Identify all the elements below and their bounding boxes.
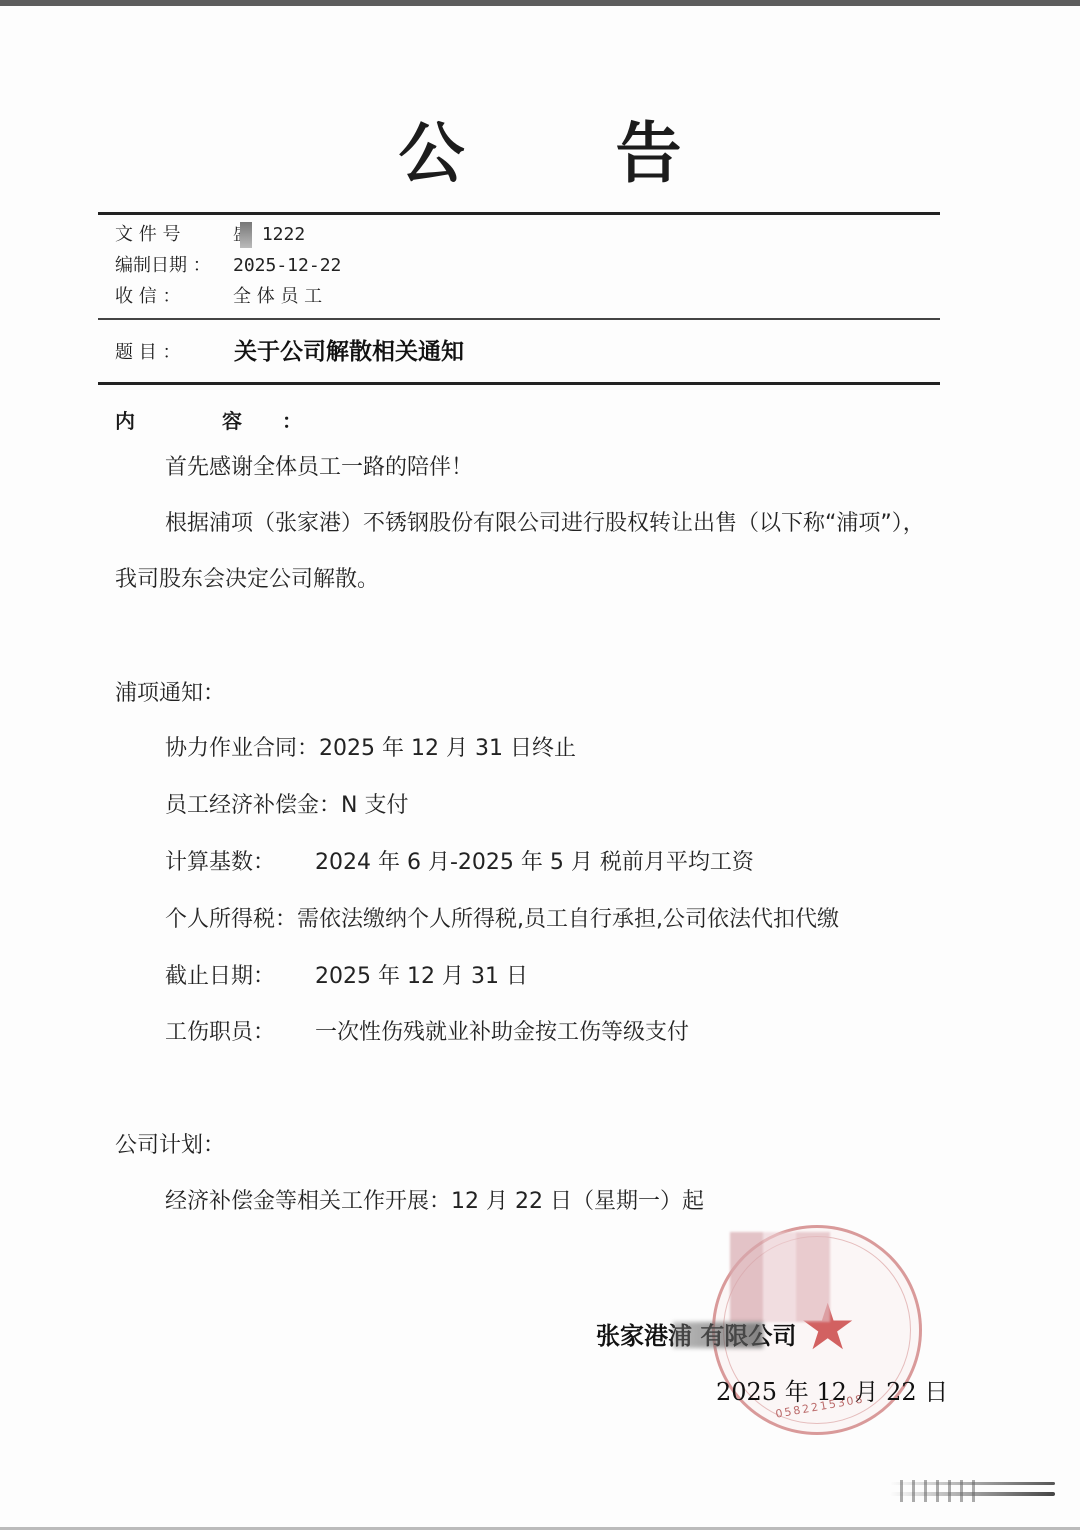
doc-number-label: 文 件 号 <box>115 220 233 246</box>
notice-item-label: 截止日期： <box>165 959 315 990</box>
notice-item-injury: 工伤职员：一次性伤残就业补助金按工伤等级支付 <box>165 1015 689 1046</box>
subject-value: 关于公司解散相关通知 <box>234 333 464 366</box>
notice-item-value: 2025 年 12 月 31 日 <box>315 964 528 989</box>
notice-item-value: 需依法缴纳个人所得税,员工自行承担,公司依法代扣代缴 <box>297 907 839 932</box>
paragraph-thanks: 首先感谢全体员工一路的陪伴！ <box>165 450 473 481</box>
notice-item-value: 一次性伤残就业补助金按工伤等级支付 <box>315 1020 689 1045</box>
subject-label: 题 目 ： <box>115 338 233 364</box>
notice-item-value: 2025 年 12 月 31 日终止 <box>319 736 576 761</box>
notice-item-label: 计算基数： <box>165 845 315 876</box>
notice-item-compensation: 员工经济补偿金：N 支付 <box>165 788 408 819</box>
content-label: 内 容： <box>115 405 342 434</box>
date-value: 2025-12-22 <box>233 255 341 276</box>
seal-mosaic-redaction <box>730 1232 830 1322</box>
posco-notice-heading: 浦项通知： <box>115 676 225 707</box>
header-rule-top <box>98 212 940 215</box>
recipient-value: 全 体 员 工 <box>233 286 322 307</box>
notice-item-value: 2024 年 6 月-2025 年 5 月 税前月平均工资 <box>315 850 754 875</box>
signature-date: 2025 年 12 月 22 日 <box>716 1372 948 1407</box>
notice-item-label: 协力作业合同： <box>165 736 319 761</box>
notice-item-deadline: 截止日期：2025 年 12 月 31 日 <box>165 959 528 990</box>
notice-item-label: 工伤职员： <box>165 1015 315 1046</box>
paragraph-decision: 我司股东会决定公司解散。 <box>115 562 379 593</box>
company-plan-heading: 公司计划： <box>115 1128 225 1159</box>
notice-item-label: 个人所得税： <box>165 907 297 932</box>
redaction-mark <box>240 222 252 248</box>
paragraph-reason: 根据浦项（张家港）不锈钢股份有限公司进行股权转让出售（以下称“浦项”）， <box>165 506 925 537</box>
notice-item-value: N 支付 <box>341 793 408 818</box>
date-label: 编制日期 ： <box>115 251 233 277</box>
recipient-row: 收 信 ：全 体 员 工 <box>115 282 322 308</box>
header-rule-middle <box>98 318 940 320</box>
doc-number-row: 文 件 号盛 1222 <box>115 220 305 246</box>
company-plan-item: 经济补偿金等相关工作开展：12 月 22 日（星期一）起 <box>165 1184 704 1215</box>
notice-item-contract: 协力作业合同：2025 年 12 月 31 日终止 <box>165 731 576 762</box>
date-row: 编制日期 ：2025-12-22 <box>115 251 341 277</box>
page-edge-artifact <box>890 1476 1060 1506</box>
recipient-label: 收 信 ： <box>115 282 233 308</box>
notice-item-base: 计算基数：2024 年 6 月-2025 年 5 月 税前月平均工资 <box>165 845 754 876</box>
company-name-redaction <box>673 1322 763 1348</box>
notice-item-tax: 个人所得税：需依法缴纳个人所得税,员工自行承担,公司依法代扣代缴 <box>165 902 839 933</box>
header-rule-bottom <box>98 382 940 385</box>
edge-bars <box>900 1480 980 1502</box>
notice-item-label: 员工经济补偿金： <box>165 793 341 818</box>
document-title: 公 告 <box>0 100 1080 195</box>
